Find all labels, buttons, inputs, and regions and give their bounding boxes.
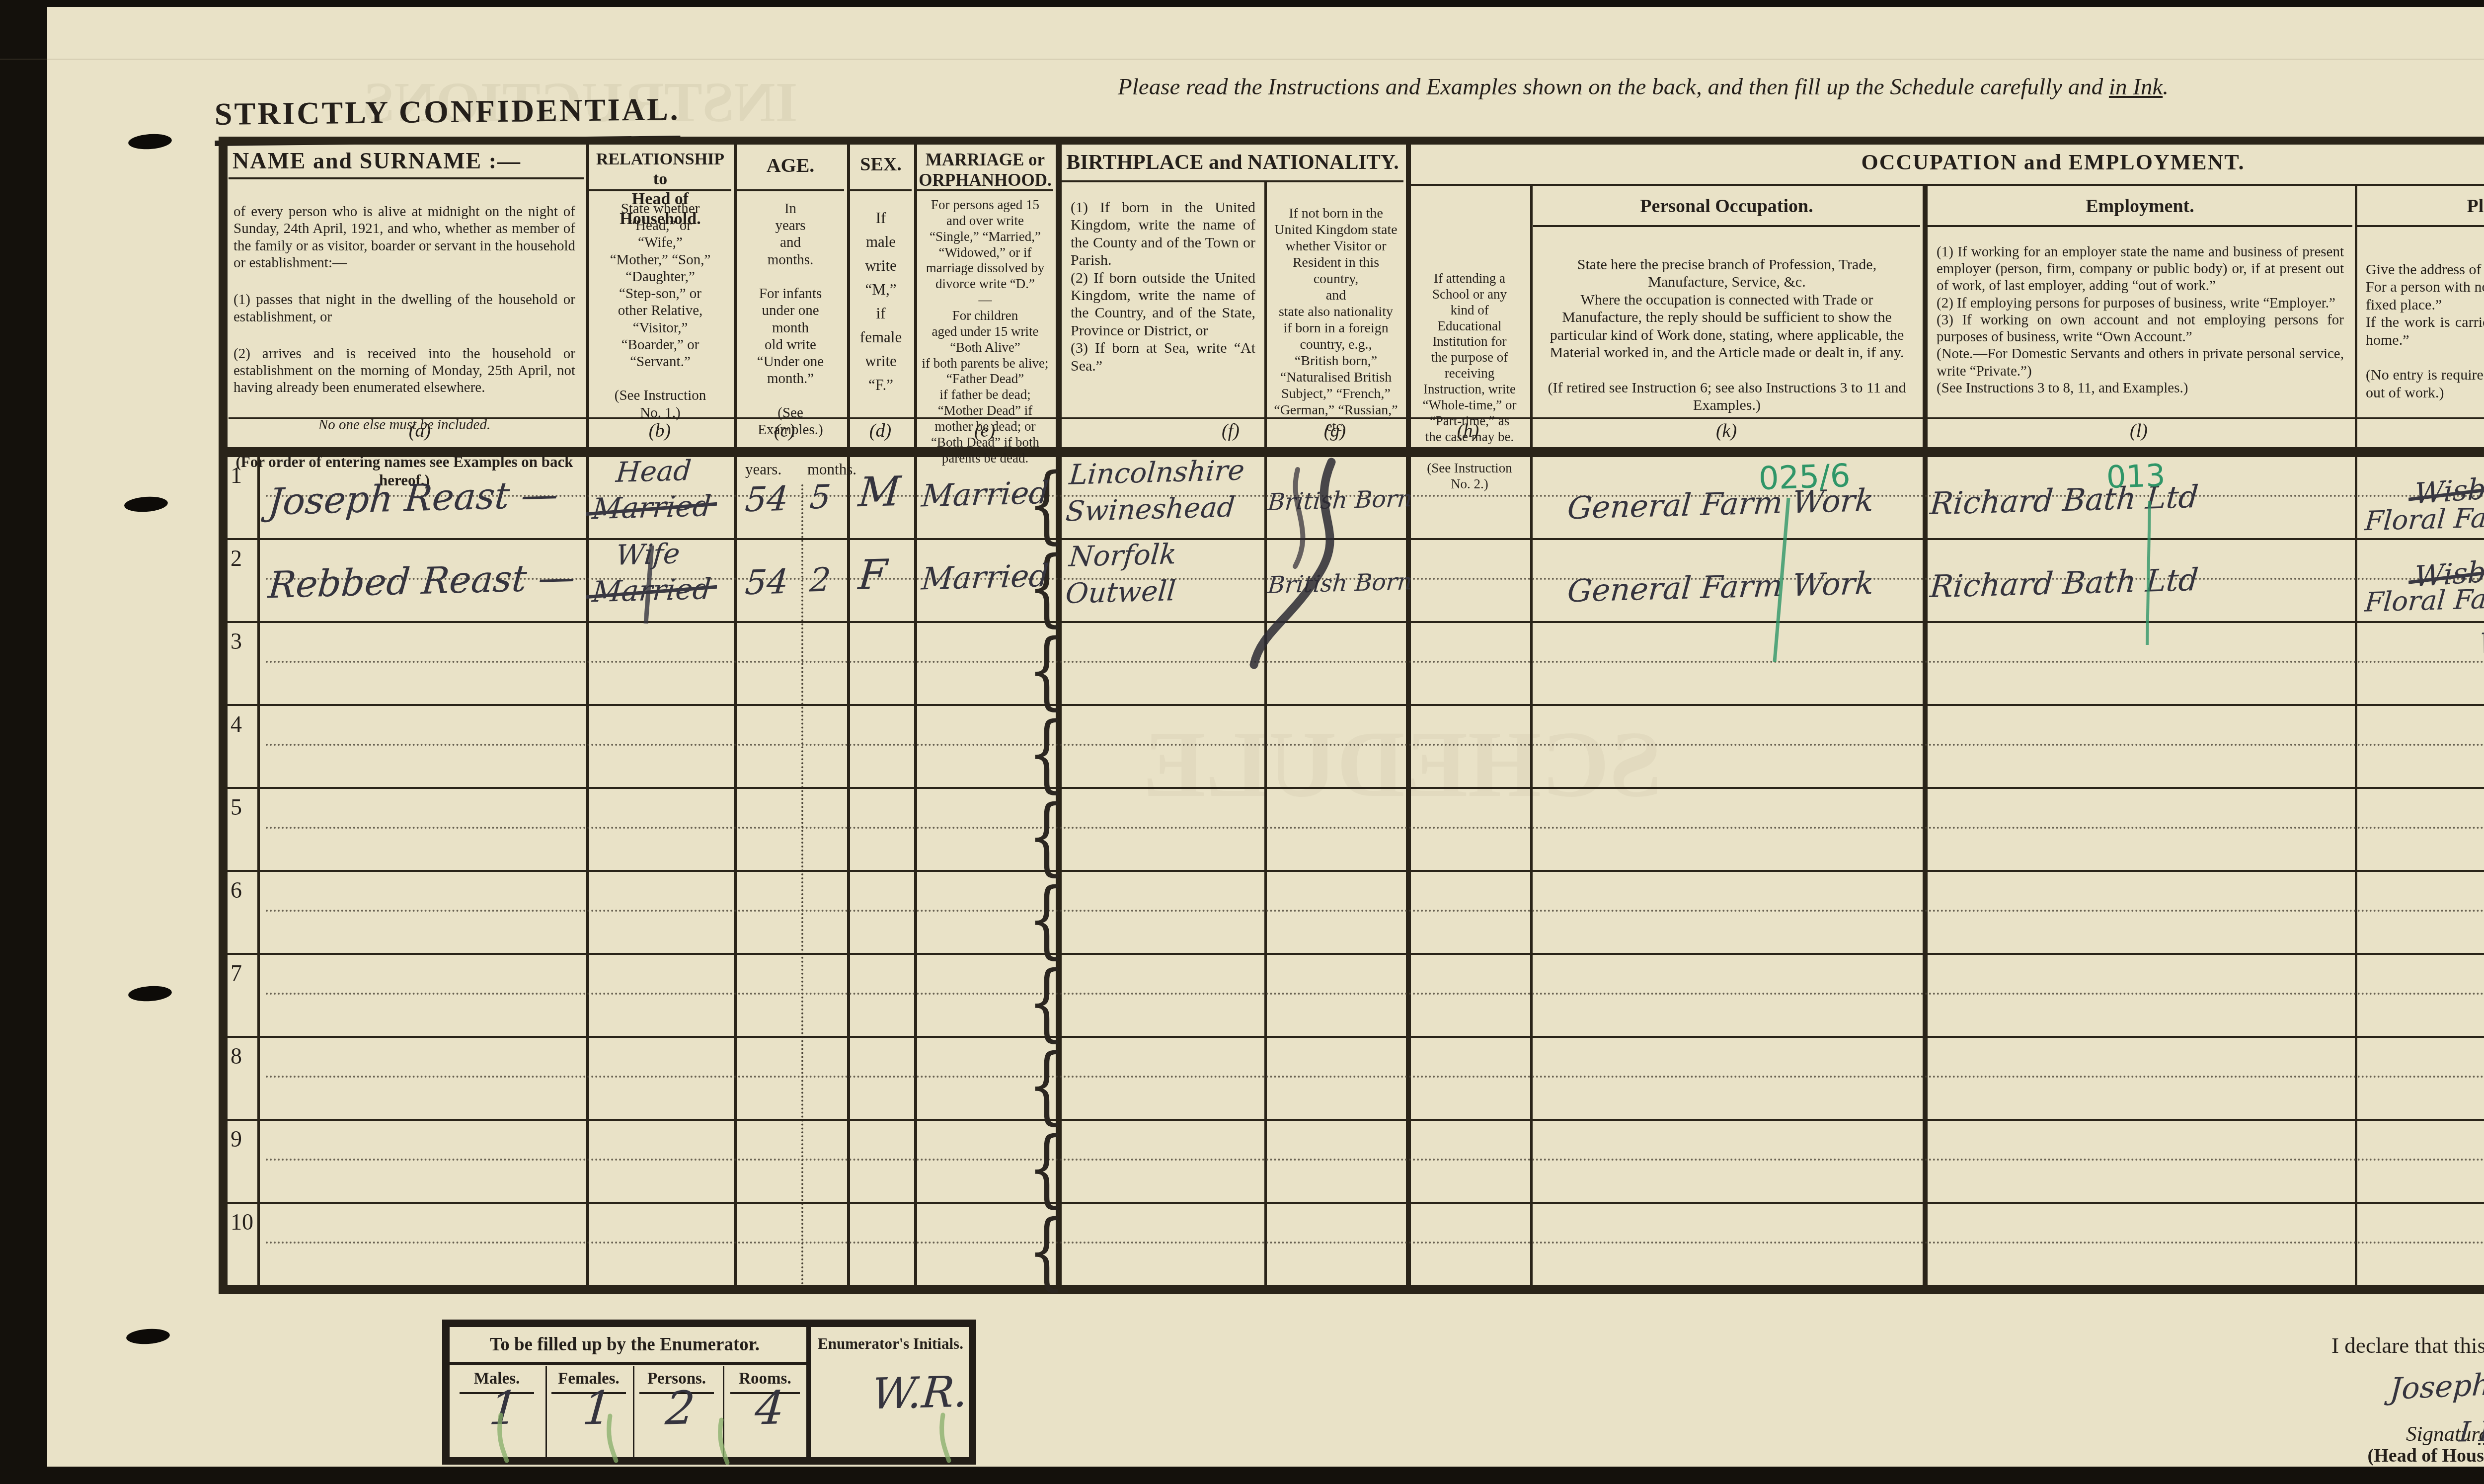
enumerator-summary-box: To be filled up by the Enumerator. Males… bbox=[442, 1320, 976, 1465]
col-header-sex: SEX. bbox=[850, 154, 912, 176]
entry-relationship-struck: Married bbox=[591, 491, 712, 523]
enumerator-initials-value: W.R. bbox=[870, 1370, 970, 1415]
scan-edge-top bbox=[0, 0, 2484, 7]
column-letter: (k) bbox=[1716, 420, 1737, 442]
name-desc-p4: No one else must be included. bbox=[233, 416, 575, 433]
row-number: 6 bbox=[231, 877, 242, 903]
rooms-value: 4 bbox=[753, 1385, 786, 1432]
row-divider bbox=[228, 1285, 2484, 1287]
hline bbox=[2357, 225, 2484, 227]
entry-age-months: 2 bbox=[808, 563, 832, 597]
col-header-age: AGE. bbox=[737, 154, 844, 177]
fill-instruction-pre: Please read the Instructions and Example… bbox=[1118, 74, 2109, 100]
col-desc-nationality: If not born in the United Kingdom state … bbox=[1270, 205, 1402, 435]
row-dotted-line bbox=[266, 1076, 2484, 1078]
col-desc-birthplace: (1) If born in the United Kingdom, write… bbox=[1071, 199, 1255, 375]
column-letter: (f) bbox=[1222, 420, 1240, 442]
row-number: 5 bbox=[231, 794, 242, 820]
employment-code: 013 bbox=[2106, 457, 2166, 495]
column-letter: (c) bbox=[774, 420, 795, 442]
entry-sex: M bbox=[857, 471, 902, 513]
hline bbox=[1062, 180, 1403, 182]
column-letter: (l) bbox=[2130, 420, 2148, 442]
row-number: 2 bbox=[231, 545, 242, 571]
col-desc-sex: If male write “M,” if female write “F.” bbox=[850, 206, 912, 397]
entry-age-months: 5 bbox=[808, 480, 832, 514]
entry-relationship-struck: Married bbox=[591, 574, 712, 606]
entry-marriage: Married bbox=[921, 477, 1050, 512]
row-dotted-line bbox=[266, 661, 2484, 663]
entry-place-of-work: Floral Farms bbox=[2364, 584, 2484, 616]
col-desc-place-of-work: Give the address of each person’s place … bbox=[2366, 261, 2484, 401]
row-number: 10 bbox=[231, 1209, 253, 1235]
table-row: 4 { Under One Age last birthday. 1234567… bbox=[219, 706, 2484, 789]
hline bbox=[1411, 184, 2484, 186]
col-desc-age: In years and months. For infants under o… bbox=[738, 200, 843, 438]
row-number: 4 bbox=[231, 711, 242, 737]
column-letter: (g) bbox=[1324, 420, 1346, 442]
table-row: 8 { Under One Age last birthday. 1234567… bbox=[219, 1038, 2484, 1121]
col-desc-personal-occupation: State here the precise branch of Profess… bbox=[1542, 256, 1912, 414]
table-row: 5 { Under One Age last birthday. 1234567… bbox=[219, 789, 2484, 872]
punch-hole bbox=[126, 1328, 170, 1345]
row-dotted-line bbox=[266, 827, 2484, 829]
entry-name: Rebbed Reast — bbox=[267, 559, 576, 604]
group-header-birthplace: BIRTHPLACE and NATIONALITY. bbox=[1062, 151, 1403, 175]
hline bbox=[850, 189, 912, 191]
hline bbox=[1928, 225, 2352, 227]
row-number: 3 bbox=[231, 628, 242, 654]
enumerator-initials-label: Enumerator's Initials. bbox=[812, 1335, 969, 1353]
group-header-occupation: OCCUPATION and EMPLOYMENT. bbox=[1411, 150, 2484, 175]
entry-birth-parish: Swineshead bbox=[1065, 493, 1236, 526]
name-desc-p2: (1) passes that night in the dwelling of… bbox=[233, 291, 575, 325]
entry-relationship: Head bbox=[615, 457, 693, 487]
paper-crease bbox=[0, 59, 2484, 60]
row-dotted-line bbox=[266, 744, 2484, 746]
persons-value: 2 bbox=[664, 1385, 697, 1432]
fill-instruction-ink: in Ink bbox=[2109, 74, 2163, 100]
row-dotted-line bbox=[266, 910, 2484, 912]
entry-birth-county: Lincolnshire bbox=[1068, 457, 1245, 489]
row-number: 8 bbox=[231, 1043, 242, 1069]
col-desc-employment: (1) If working for an employer state the… bbox=[1937, 243, 2344, 396]
table-row: 10 { Under One Age last birthday. 123456… bbox=[219, 1204, 2484, 1287]
row-number: 9 bbox=[231, 1126, 242, 1152]
census-table: NAME and SURNAME :— of every person who … bbox=[219, 137, 2484, 1294]
divider bbox=[806, 1327, 811, 1457]
divider bbox=[450, 1362, 806, 1365]
entry-nationality: British Born bbox=[1267, 487, 1413, 514]
hline bbox=[229, 177, 584, 179]
males-value: 1 bbox=[487, 1385, 520, 1432]
col-header-marriage: MARRIAGE or ORPHANHOOD. bbox=[917, 150, 1053, 191]
table-row: 3 { Under One Age last birthday. 1234567… bbox=[219, 623, 2484, 706]
column-letter: (e) bbox=[974, 420, 995, 442]
hline bbox=[737, 189, 844, 191]
punch-hole bbox=[128, 133, 172, 151]
fill-instruction: Please read the Instructions and Example… bbox=[1118, 74, 2459, 100]
entry-sex: F bbox=[857, 554, 888, 596]
entry-marriage: Married bbox=[921, 560, 1050, 595]
entry-place-of-work: Floral Farms Walsoken bbox=[2364, 500, 2484, 535]
hline bbox=[1533, 225, 1920, 227]
punch-hole bbox=[128, 985, 172, 1003]
column-letter: (b) bbox=[649, 420, 671, 442]
declaration-text: I declare that this Schedule is correctl… bbox=[2331, 1332, 2484, 1358]
table-row: 2 { Rebbed Reast — Wife Married 54 2 F M… bbox=[219, 540, 2484, 623]
column-letter: (a) bbox=[409, 420, 431, 442]
column-letter: (d) bbox=[869, 420, 891, 442]
entry-birth-parish: Outwell bbox=[1065, 577, 1177, 608]
entry-relationship: Wife bbox=[615, 540, 681, 569]
entry-birth-county: Norfolk bbox=[1068, 541, 1177, 571]
divider bbox=[723, 1366, 724, 1457]
name-desc-p1: of every person who is alive at midnight… bbox=[233, 203, 575, 271]
enumerator-box-title: To be filled up by the Enumerator. bbox=[450, 1334, 800, 1355]
col-header-personal-occupation: Personal Occupation. bbox=[1533, 195, 1920, 218]
col-header-name: NAME and SURNAME :— bbox=[233, 148, 580, 174]
entry-employer: Richard Bath Ltd bbox=[1929, 564, 2200, 602]
declaration-note: (Head of Household, Manager of Establish… bbox=[2334, 1445, 2484, 1467]
signature-handwritten: I Declare This Schedule is correctly Fil… bbox=[2458, 1405, 2484, 1446]
entry-nationality: British Born bbox=[1267, 570, 1413, 597]
table-row: 1 { Joseph Reast — Head Married 54 5 M M… bbox=[219, 457, 2484, 540]
row-number: 7 bbox=[231, 960, 242, 986]
table-row: 9 { Under One Age last birthday. 1234567… bbox=[219, 1121, 2484, 1204]
col-header-place-of-work: Place of Work. bbox=[2357, 195, 2484, 218]
col-desc-relationship: State whether “Head,” or “Wife,” “Mother… bbox=[590, 200, 730, 421]
entry-age-years: 54 bbox=[744, 565, 789, 600]
females-value: 1 bbox=[581, 1385, 614, 1432]
punch-hole bbox=[124, 495, 168, 513]
row-dotted-line bbox=[266, 1242, 2484, 1244]
scan-edge-left bbox=[0, 0, 47, 1484]
scan-edge-bottom bbox=[0, 1467, 2484, 1484]
name-desc-p3: (2) arrives and is received into the hou… bbox=[233, 345, 575, 396]
column-letter: (h) bbox=[1457, 420, 1479, 442]
printed-brace: { bbox=[1028, 1202, 1065, 1299]
entry-age-years: 54 bbox=[744, 482, 789, 517]
bord bbox=[219, 137, 2484, 145]
divider bbox=[633, 1366, 634, 1457]
row-dotted-line bbox=[266, 993, 2484, 995]
entry-name: Joseph Reast — bbox=[267, 476, 559, 520]
census-schedule-scan: { "page": { "classification": "STRICTLY … bbox=[0, 0, 2484, 1484]
table-row: 6 { Under One Age last birthday. 1234567… bbox=[219, 872, 2484, 955]
row-number: 1 bbox=[231, 462, 242, 488]
col-header-employment: Employment. bbox=[1928, 195, 2352, 218]
entry-occupation: General Farm Work bbox=[1566, 568, 1875, 607]
occupation-code: 025/6 bbox=[1758, 458, 1851, 497]
divider bbox=[545, 1366, 547, 1457]
fill-instruction-post: . bbox=[2163, 74, 2169, 100]
row-dotted-line bbox=[266, 1159, 2484, 1161]
table-row: 7 { Under One Age last birthday. 1234567… bbox=[219, 955, 2484, 1038]
